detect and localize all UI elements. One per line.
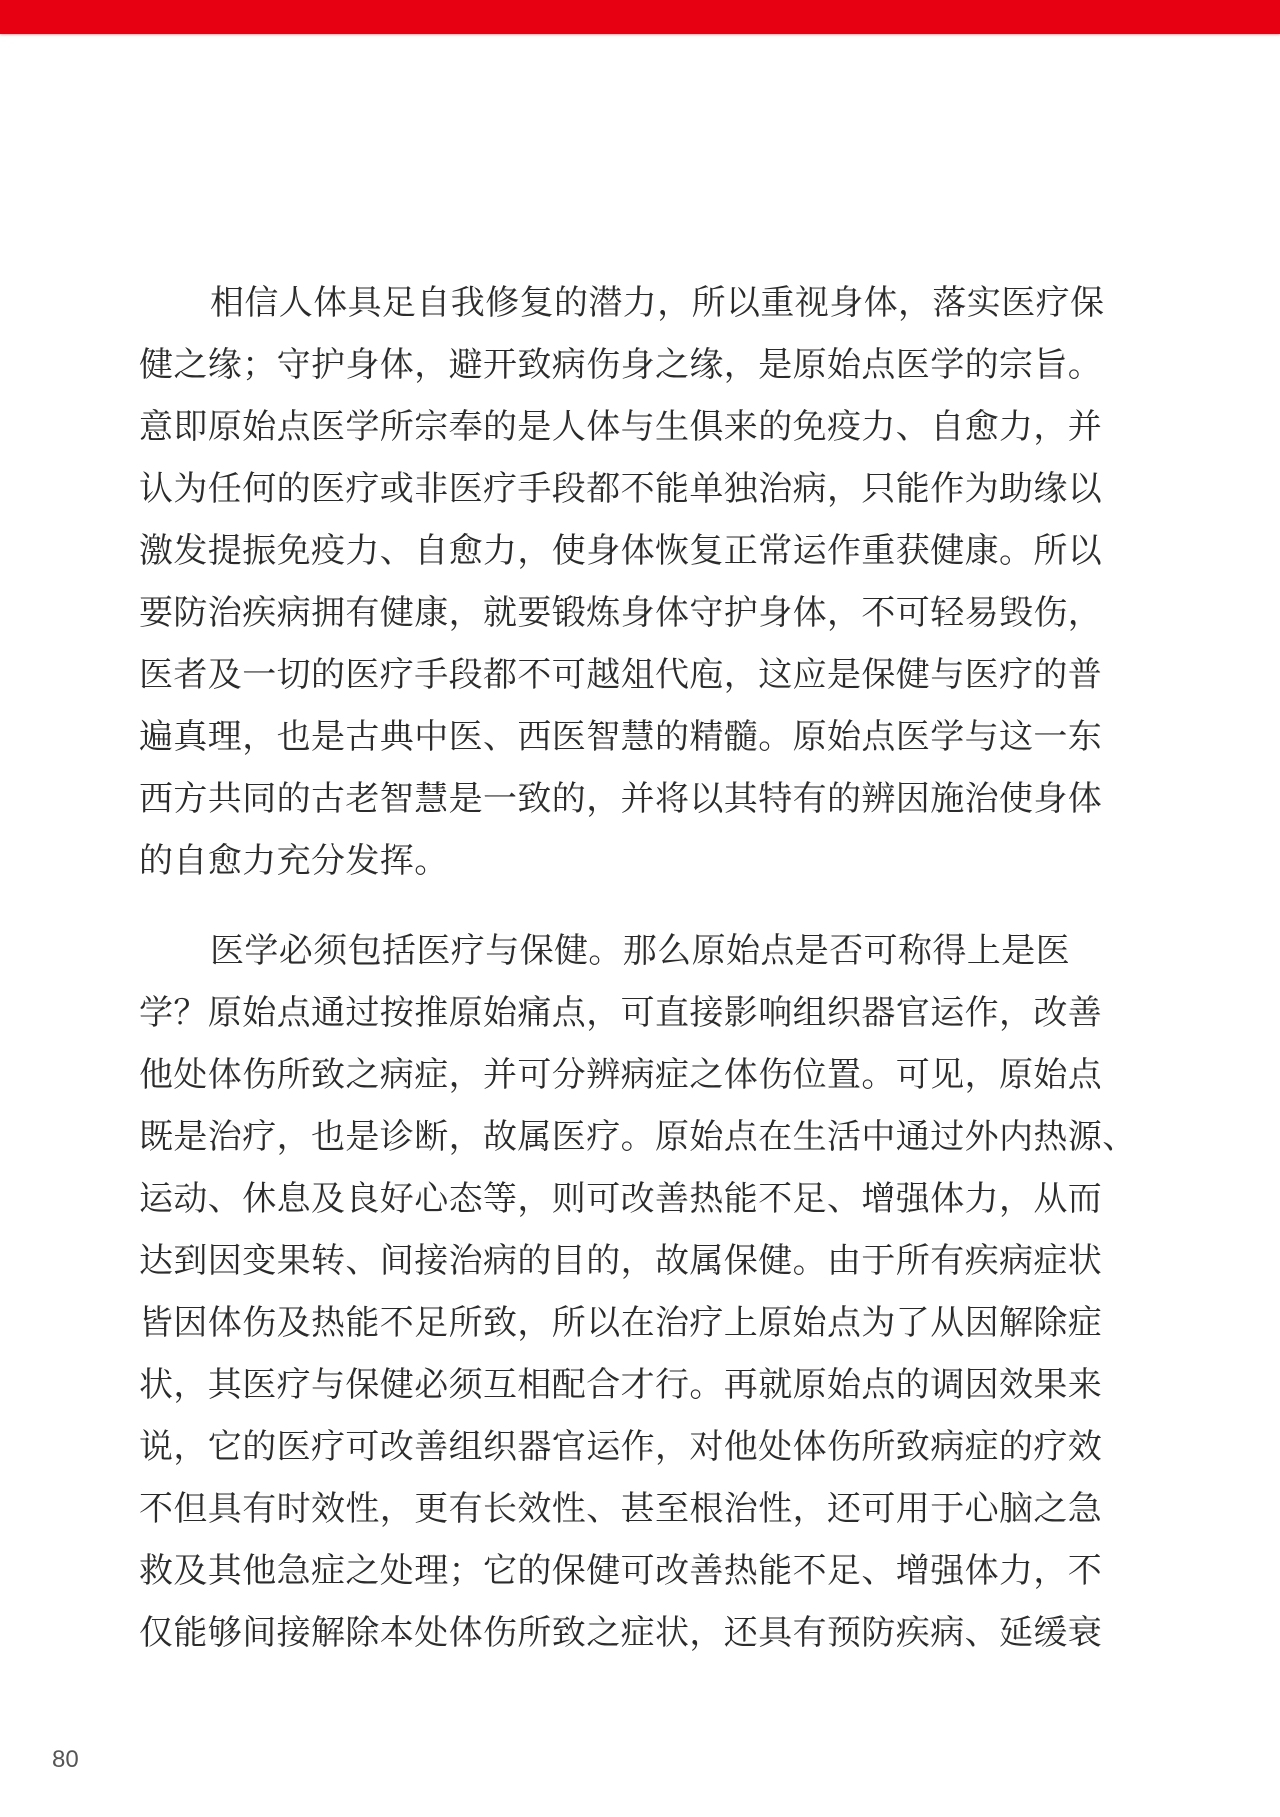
text-line: 相信人体具足自我修复的潜力，所以重视身体，落实医疗保 (139, 272, 1139, 334)
header-red-bar (0, 0, 1280, 34)
text-line: 救及其他急症之处理；它的保健可改善热能不足、增强体力，不 (139, 1540, 1139, 1602)
text-line: 仅能够间接解除本处体伤所致之症状，还具有预防疾病、延缓衰 (139, 1602, 1139, 1664)
text-line: 健之缘；守护身体，避开致病伤身之缘，是原始点医学的宗旨。 (139, 334, 1139, 396)
text-line: 要防治疾病拥有健康，就要锻炼身体守护身体，不可轻易毁伤， (139, 582, 1139, 644)
text-line: 状，其医疗与保健必须互相配合才行。再就原始点的调因效果来 (139, 1354, 1139, 1416)
text-line: 说，它的医疗可改善组织器官运作，对他处体伤所致病症的疗效 (139, 1416, 1139, 1478)
text-line: 学？原始点通过按推原始痛点，可直接影响组织器官运作，改善 (139, 982, 1139, 1044)
text-line: 的自愈力充分发挥。 (139, 830, 1139, 892)
text-line: 激发提振免疫力、自愈力，使身体恢复正常运作重获健康。所以 (139, 520, 1139, 582)
page-body: 相信人体具足自我修复的潜力，所以重视身体，落实医疗保 健之缘；守护身体，避开致病… (139, 272, 1139, 1664)
text-line: 不但具有时效性，更有长效性、甚至根治性，还可用于心脑之急 (139, 1478, 1139, 1540)
text-line: 皆因体伤及热能不足所致，所以在治疗上原始点为了从因解除症 (139, 1292, 1139, 1354)
text-line: 达到因变果转、间接治病的目的，故属保健。由于所有疾病症状 (139, 1230, 1139, 1292)
text-line: 运动、休息及良好心态等，则可改善热能不足、增强体力，从而 (139, 1168, 1139, 1230)
text-line: 西方共同的古老智慧是一致的，并将以其特有的辨因施治使身体 (139, 768, 1139, 830)
text-line: 意即原始点医学所宗奉的是人体与生俱来的免疫力、自愈力，并 (139, 396, 1139, 458)
paragraph-2: 医学必须包括医疗与保健。那么原始点是否可称得上是医 学？原始点通过按推原始痛点，… (139, 920, 1139, 1664)
text-line: 既是治疗，也是诊断，故属医疗。原始点在生活中通过外内热源、 (139, 1106, 1139, 1168)
text-line: 医者及一切的医疗手段都不可越俎代庖，这应是保健与医疗的普 (139, 644, 1139, 706)
page-number: 80 (52, 1746, 79, 1774)
text-line: 认为任何的医疗或非医疗手段都不能单独治病，只能作为助缘以 (139, 458, 1139, 520)
paragraph-1: 相信人体具足自我修复的潜力，所以重视身体，落实医疗保 健之缘；守护身体，避开致病… (139, 272, 1139, 892)
text-line: 医学必须包括医疗与保健。那么原始点是否可称得上是医 (139, 920, 1139, 982)
text-line: 遍真理，也是古典中医、西医智慧的精髓。原始点医学与这一东 (139, 706, 1139, 768)
text-line: 他处体伤所致之病症，并可分辨病症之体伤位置。可见，原始点 (139, 1044, 1139, 1106)
